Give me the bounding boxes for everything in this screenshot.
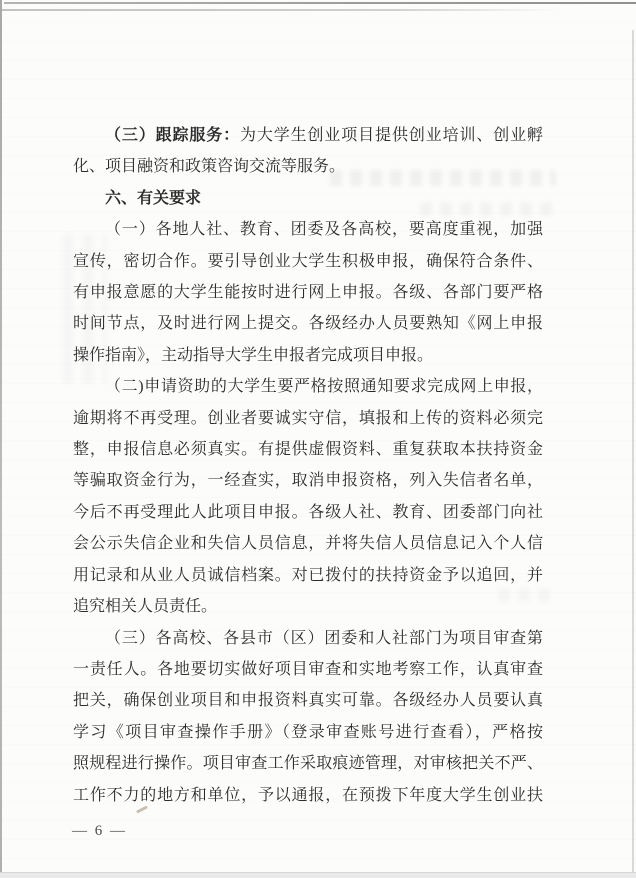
document-line: 宣传，密切合作。要引导创业大学生积极申报，确保符合条件、 xyxy=(73,246,543,277)
document-line: 会公示失信企业和失信人员信息，并将失信人员信息记入个人信 xyxy=(73,528,543,559)
text-segment: 宣传，密切合作。要引导创业大学生积极申报，确保符合条件、 xyxy=(73,253,543,270)
bold-text-segment: 六、有关要求 xyxy=(105,190,201,207)
document-line: 工作不力的地方和单位，予以通报，在预拨下年度大学生创业扶 xyxy=(73,780,543,811)
document-line: 用记录和从业人员诚信档案。对已拨付的扶持资金予以追回，并 xyxy=(73,560,543,591)
text-segment: 为大学生创业项目提供创业培训、创业孵 xyxy=(240,127,543,144)
scan-edge-top-line xyxy=(4,2,636,4)
text-segment: 时间节点，及时进行网上提交。各级经办人员要熟知《网上申报 xyxy=(73,315,543,332)
text-segment: 学习《项目审查操作手册》（登录审查账号进行查看），严格按 xyxy=(73,724,543,741)
text-segment: 照规程进行操作。项目审查工作采取痕迹管理，对审核把关不严、 xyxy=(73,755,543,772)
text-segment: （二)申请资助的大学生要严格按照通知要求完成网上申报， xyxy=(105,378,543,395)
text-segment: 整，申报信息必须真实。有提供虚假资料、重复获取本扶持资金 xyxy=(73,441,543,458)
document-line: （三）跟踪服务：为大学生创业项目提供创业培训、创业孵 xyxy=(73,120,543,151)
document-line: 今后不再受理此人此项目申报。各级人社、教育、团委部门向社 xyxy=(73,497,543,528)
document-line: 操作指南》，主动指导大学生申报者完成项目申报。 xyxy=(73,340,543,371)
text-segment: （三）各高校、各县市（区）团委和人社部门为项目审查第 xyxy=(105,630,543,647)
document-line: 等骗取资金行为，一经查实，取消申报资格，列入失信者名单， xyxy=(73,465,543,496)
document-line: 整，申报信息必须真实。有提供虚假资料、重复获取本扶持资金 xyxy=(73,434,543,465)
text-segment: 工作不力的地方和单位，予以通报，在预拨下年度大学生创业扶 xyxy=(73,787,543,804)
text-segment: 追究相关人员责任。 xyxy=(73,598,217,615)
document-line: 有申报意愿的大学生能按时进行网上申报。各级、各部门要严格 xyxy=(73,277,543,308)
document-line: （二)申请资助的大学生要严格按照通知要求完成网上申报， xyxy=(73,371,543,402)
text-segment: 等骗取资金行为，一经查实，取消申报资格，列入失信者名单， xyxy=(73,472,543,489)
text-segment: 今后不再受理此人此项目申报。各级人社、教育、团委部门向社 xyxy=(73,504,543,521)
document-line: （一）各地人社、教育、团委及各高校，要高度重视，加强 xyxy=(73,214,543,245)
document-line: 时间节点，及时进行网上提交。各级经办人员要熟知《网上申报 xyxy=(73,308,543,339)
text-segment: （一）各地人社、教育、团委及各高校，要高度重视，加强 xyxy=(105,221,543,238)
bold-text-segment: （三）跟踪服务： xyxy=(105,127,240,144)
scan-edge-right-line xyxy=(632,30,634,878)
document-line: 一责任人。各地要切实做好项目审查和实地考察工作，认真审查 xyxy=(73,654,543,685)
document-line: 化、项目融资和政策咨询交流等服务。 xyxy=(73,151,543,182)
document-line: （三）各高校、各县市（区）团委和人社部门为项目审查第 xyxy=(73,623,543,654)
document-line: 把关，确保创业项目和申报资料真实可靠。各级经办人员要认真 xyxy=(73,685,543,716)
scan-edge-top-line-2 xyxy=(0,9,560,11)
text-segment: 会公示失信企业和失信人员信息，并将失信人员信息记入个人信 xyxy=(73,535,543,552)
scan-edge-bottom-strip xyxy=(0,872,636,878)
scan-edge-left-line xyxy=(0,0,2,878)
text-segment: 有申报意愿的大学生能按时进行网上申报。各级、各部门要严格 xyxy=(73,284,543,301)
document-line: 六、有关要求 xyxy=(73,183,543,214)
document-page: （三）跟踪服务：为大学生创业项目提供创业培训、创业孵化、项目融资和政策咨询交流等… xyxy=(0,0,636,878)
text-segment: 化、项目融资和政策咨询交流等服务。 xyxy=(73,158,345,175)
text-segment: 把关，确保创业项目和申报资料真实可靠。各级经办人员要认真 xyxy=(73,692,543,709)
text-segment: 操作指南》，主动指导大学生申报者完成项目申报。 xyxy=(73,347,433,364)
text-segment: 逾期将不再受理。创业者要诚实守信，填报和上传的资料必须完 xyxy=(73,410,543,427)
text-segment: 用记录和从业人员诚信档案。对已拨付的扶持资金予以追回，并 xyxy=(73,567,543,584)
document-text-block: （三）跟踪服务：为大学生创业项目提供创业培训、创业孵化、项目融资和政策咨询交流等… xyxy=(73,120,543,811)
document-line: 逾期将不再受理。创业者要诚实守信，填报和上传的资料必须完 xyxy=(73,403,543,434)
document-line: 照规程进行操作。项目审查工作采取痕迹管理，对审核把关不严、 xyxy=(73,748,543,779)
page-number: — 6 — xyxy=(72,823,127,840)
document-line: 学习《项目审查操作手册》（登录审查账号进行查看），严格按 xyxy=(73,717,543,748)
text-segment: 一责任人。各地要切实做好项目审查和实地考察工作，认真审查 xyxy=(73,661,543,678)
document-line: 追究相关人员责任。 xyxy=(73,591,543,622)
